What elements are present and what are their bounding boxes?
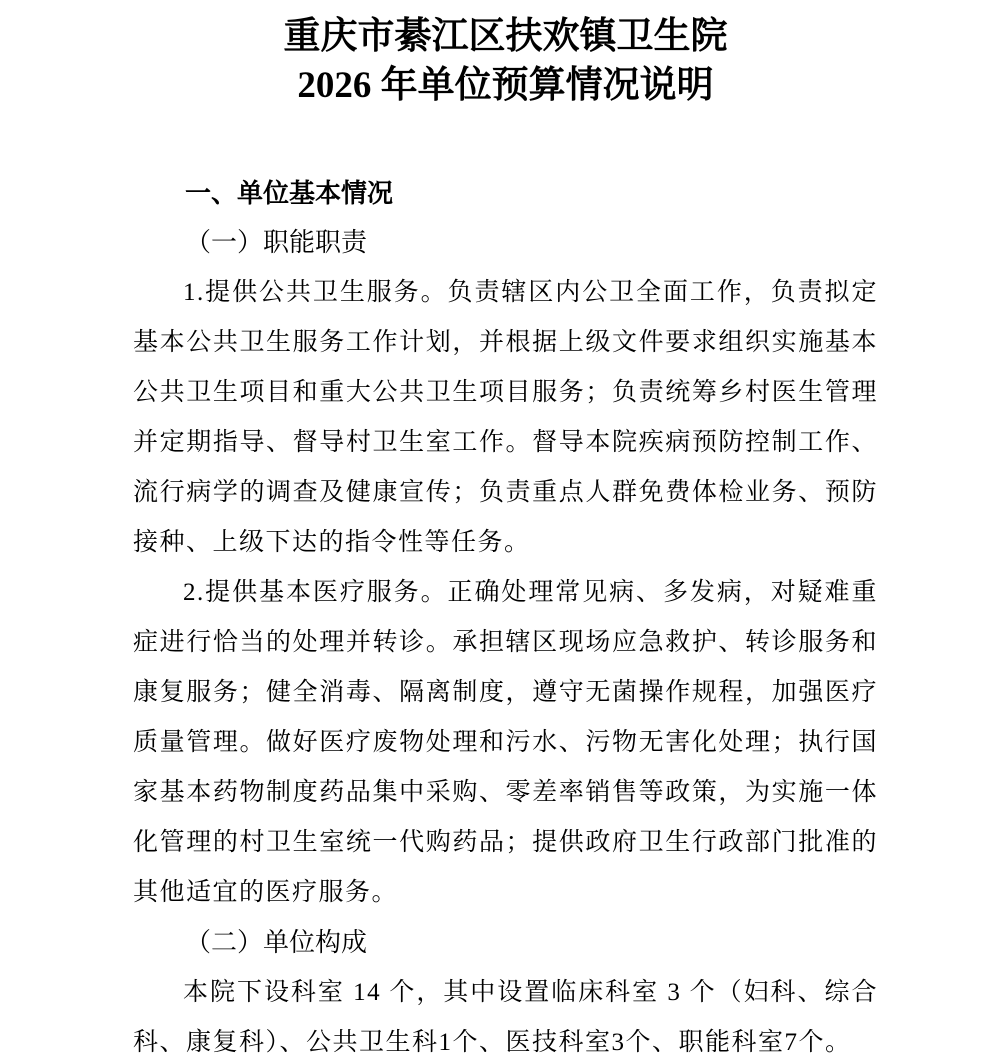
subsection-heading-unit-composition: （二）单位构成 — [133, 918, 878, 968]
paragraph-department-composition: 本院下设科室 14 个，其中设置临床科室 3 个（妇科、综合科、康复科）、公共卫… — [133, 968, 878, 1063]
paragraph-basic-medical-service: 2.提供基本医疗服务。正确处理常见病、多发病，对疑难重症进行恰当的处理并转诊。承… — [133, 568, 878, 918]
document-title-line2: 2026 年单位预算情况说明 — [133, 61, 878, 110]
document-title-line1: 重庆市綦江区扶欢镇卫生院 — [133, 12, 878, 61]
document-title: 重庆市綦江区扶欢镇卫生院 2026 年单位预算情况说明 — [133, 12, 878, 110]
subsection-heading-duties: （一）职能职责 — [133, 218, 878, 268]
document-page: 重庆市綦江区扶欢镇卫生院 2026 年单位预算情况说明 一、单位基本情况 （一）… — [0, 0, 1000, 1063]
section-heading-basic-info: 一、单位基本情况 — [133, 168, 878, 218]
paragraph-public-health-service: 1.提供公共卫生服务。负责辖区内公卫全面工作，负责拟定基本公共卫生服务工作计划，… — [133, 268, 878, 568]
